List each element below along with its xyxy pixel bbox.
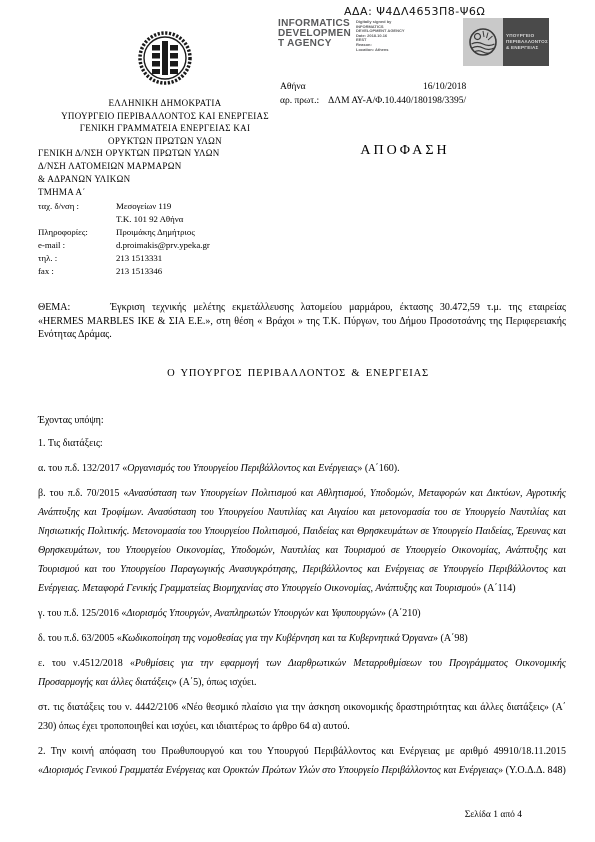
date-protocol-block: Αθήνα 16/10/2018 αρ. πρωτ.: ΔΛΜ ΑΥ-Α/Φ.1… <box>280 82 566 106</box>
letterhead-line-gen-directorate: ΓΕΝΙΚΗ Δ/ΝΣΗ ΟΡΥΚΤΩΝ ΠΡΩΤΩΝ ΥΛΩΝ <box>30 147 300 160</box>
protocol-row: αρ. πρωτ.: ΔΛΜ ΑΥ-Α/Φ.10.440/180198/3395… <box>280 96 566 106</box>
contact-info: ταχ. δ/νση : Μεσογείων 119 Τ.Κ. 101 92 Α… <box>30 200 300 278</box>
contact-row-address: ταχ. δ/νση : Μεσογείων 119 <box>38 200 300 213</box>
contact-label <box>38 213 116 226</box>
item-quoted-title: Διορισμός Υπουργών, Αναπληρωτών Υπουργών… <box>126 608 380 619</box>
item-quoted-title: Οργανισμός του Υπουργείου Περιβάλλοντος … <box>127 463 357 474</box>
item-prefix: α. του π.δ. 132/2017 « <box>38 463 127 474</box>
signature-detail-line: Location: Athens <box>356 48 405 53</box>
item-suffix: » (Α΄98) <box>433 633 468 644</box>
legal-item-b: β. του π.δ. 70/2015 «Ανασύσταση των Υπου… <box>38 484 566 598</box>
greek-coat-of-arms-icon <box>30 28 300 93</box>
contact-email-value: d.proimakis@prv.ypeka.gr <box>116 239 300 252</box>
signature-details: Digitally signed by INFORMATICS DEVELOPM… <box>356 19 405 52</box>
ministry-stamp: ΥΠΟΥΡΓΕΙΟ ΠΕΡΙΒΑΛΛΟΝΤΟΣ & ΕΝΕΡΓΕΙΑΣ <box>463 18 549 66</box>
legal-item-2: 2. Την κοινή απόφαση του Πρωθυπουργού κα… <box>38 742 566 780</box>
item-suffix: » (Α΄5), όπως ισχύει. <box>172 677 257 688</box>
contact-row-postcode: Τ.Κ. 101 92 Αθήνα <box>38 213 300 226</box>
contact-label: τηλ. : <box>38 252 116 265</box>
page-number: Σελίδα 1 από 4 <box>38 810 522 820</box>
item-prefix: β. του π.δ. 70/2015 « <box>38 488 128 499</box>
letterhead-line-republic: ΕΛΛΗΝΙΚΗ ΔΗΜΟΚΡΑΤΙΑ <box>30 97 300 110</box>
contact-value: Προιμάκης Δημήτριος <box>116 226 300 239</box>
minister-heading: Ο ΥΠΟΥΡΓΟΣ ΠΕΡΙΒΑΛΛΟΝΤΟΣ & ΕΝΕΡΓΕΙΑΣ <box>34 368 562 379</box>
city-date-row: Αθήνα 16/10/2018 <box>280 82 566 95</box>
letterhead: ΕΛΛΗΝΙΚΗ ΔΗΜΟΚΡΑΤΙΑ ΥΠΟΥΡΓΕΙΟ ΠΕΡΙΒΑΛΛΟΝ… <box>30 28 300 278</box>
document-date: 16/10/2018 <box>423 82 466 92</box>
contact-label: e-mail : <box>38 239 116 252</box>
item-suffix: » (Α΄114) <box>476 583 515 594</box>
contact-row-phone: τηλ. : 213 1513331 <box>38 252 300 265</box>
item-prefix: στ. τις διατάξεις του ν. 4442/2106 «Νέο … <box>38 702 566 732</box>
contact-row-fax: fax : 213 1513346 <box>38 265 300 278</box>
document-body: Έχοντας υπόψη: 1. Τις διατάξεις: α. του … <box>38 411 566 786</box>
contact-value: 213 1513346 <box>116 265 300 278</box>
letterhead-line-secretariat: ΓΕΝΙΚΗ ΓΡΑΜΜΑΤΕΙΑ ΕΝΕΡΓΕΙΑΣ ΚΑΙ <box>30 122 300 135</box>
contact-label: fax : <box>38 265 116 278</box>
decision-title: ΑΠΟΦΑΣΗ <box>270 143 540 159</box>
legal-item-d: δ. του π.δ. 63/2005 «Κωδικοποίηση της νο… <box>38 629 566 648</box>
letterhead-line-aggregates: & ΑΔΡΑΝΩΝ ΥΛΙΚΩΝ <box>30 173 300 186</box>
item-prefix: δ. του π.δ. 63/2005 « <box>38 633 122 644</box>
item-prefix: γ. του π.δ. 125/2016 « <box>38 608 126 619</box>
item-suffix: » (Α΄160). <box>357 463 399 474</box>
protocol-number: ΔΛΜ ΑΥ-Α/Φ.10.440/180198/3395/ <box>328 96 466 106</box>
letterhead-line-directorate: Δ/ΝΣΗ ΛΑΤΟΜΕΙΩΝ ΜΑΡΜΑΡΩΝ <box>30 160 300 173</box>
having-regard-line: Έχοντας υπόψη: <box>38 411 566 430</box>
letterhead-line-department: ΤΜΗΜΑ Α΄ <box>30 186 300 199</box>
ministry-stamp-text: ΥΠΟΥΡΓΕΙΟ ΠΕΡΙΒΑΛΛΟΝΤΟΣ & ΕΝΕΡΓΕΙΑΣ <box>503 18 549 66</box>
legal-item-e: ε. του ν.4512/2018 «Ρυθμίσεις για την εφ… <box>38 654 566 692</box>
document-page: ΑΔΑ: Ψ4ΔΛ4653Π8-Ψ6Ω INFORMATICS DEVELOPM… <box>0 0 595 842</box>
subject-paragraph: ΘΕΜΑ:Έγκριση τεχνικής μελέτης εκμετάλλευ… <box>38 301 566 342</box>
city-label: Αθήνα <box>280 82 306 92</box>
item-suffix: » (Α΄210) <box>381 608 421 619</box>
ministry-stamp-line: & ΕΝΕΡΓΕΙΑΣ <box>506 45 549 51</box>
subject-label: ΘΕΜΑ: <box>38 302 70 313</box>
item-quoted-title: Ανασύσταση των Υπουργείων Πολιτισμού και… <box>38 488 566 594</box>
letterhead-line-ministry: ΥΠΟΥΡΓΕΙΟ ΠΕΡΙΒΑΛΛΟΝΤΟΣ ΚΑΙ ΕΝΕΡΓΕΙΑΣ <box>30 110 300 123</box>
ada-code: ΑΔΑ: Ψ4ΔΛ4653Π8-Ψ6Ω <box>344 5 485 18</box>
item-quoted-title: Κωδικοποίηση της νομοθεσίας για την Κυβέ… <box>122 633 433 644</box>
contact-value: 213 1513331 <box>116 252 300 265</box>
item-quoted-title: Διορισμός Γενικού Γραμματέα Ενέργειας κα… <box>43 765 498 776</box>
item-prefix: ε. του ν.4512/2018 « <box>38 658 135 669</box>
subject-text: Έγκριση τεχνικής μελέτης εκμετάλλευσης λ… <box>38 302 566 340</box>
legal-item-st: στ. τις διατάξεις του ν. 4442/2106 «Νέο … <box>38 698 566 736</box>
contact-label: ταχ. δ/νση : <box>38 200 116 213</box>
contact-row-information: Πληροφορίες: Προιμάκης Δημήτριος <box>38 226 300 239</box>
provisions-heading: 1. Τις διατάξεις: <box>38 434 566 453</box>
legal-item-a: α. του π.δ. 132/2017 «Οργανισμός του Υπο… <box>38 459 566 478</box>
contact-label: Πληροφορίες: <box>38 226 116 239</box>
protocol-label: αρ. πρωτ.: <box>280 96 319 106</box>
contact-value: Τ.Κ. 101 92 Αθήνα <box>116 213 300 226</box>
contact-value: Μεσογείων 119 <box>116 200 300 213</box>
ministry-stamp-emblem-icon <box>463 18 503 66</box>
contact-row-email: e-mail : d.proimakis@prv.ypeka.gr <box>38 239 300 252</box>
item-suffix: » (Υ.Ο.Δ.Δ. 848) <box>498 765 566 776</box>
legal-item-c: γ. του π.δ. 125/2016 «Διορισμός Υπουργών… <box>38 604 566 623</box>
letterhead-line-raw-materials: ΟΡΥΚΤΩΝ ΠΡΩΤΩΝ ΥΛΩΝ <box>30 135 300 148</box>
